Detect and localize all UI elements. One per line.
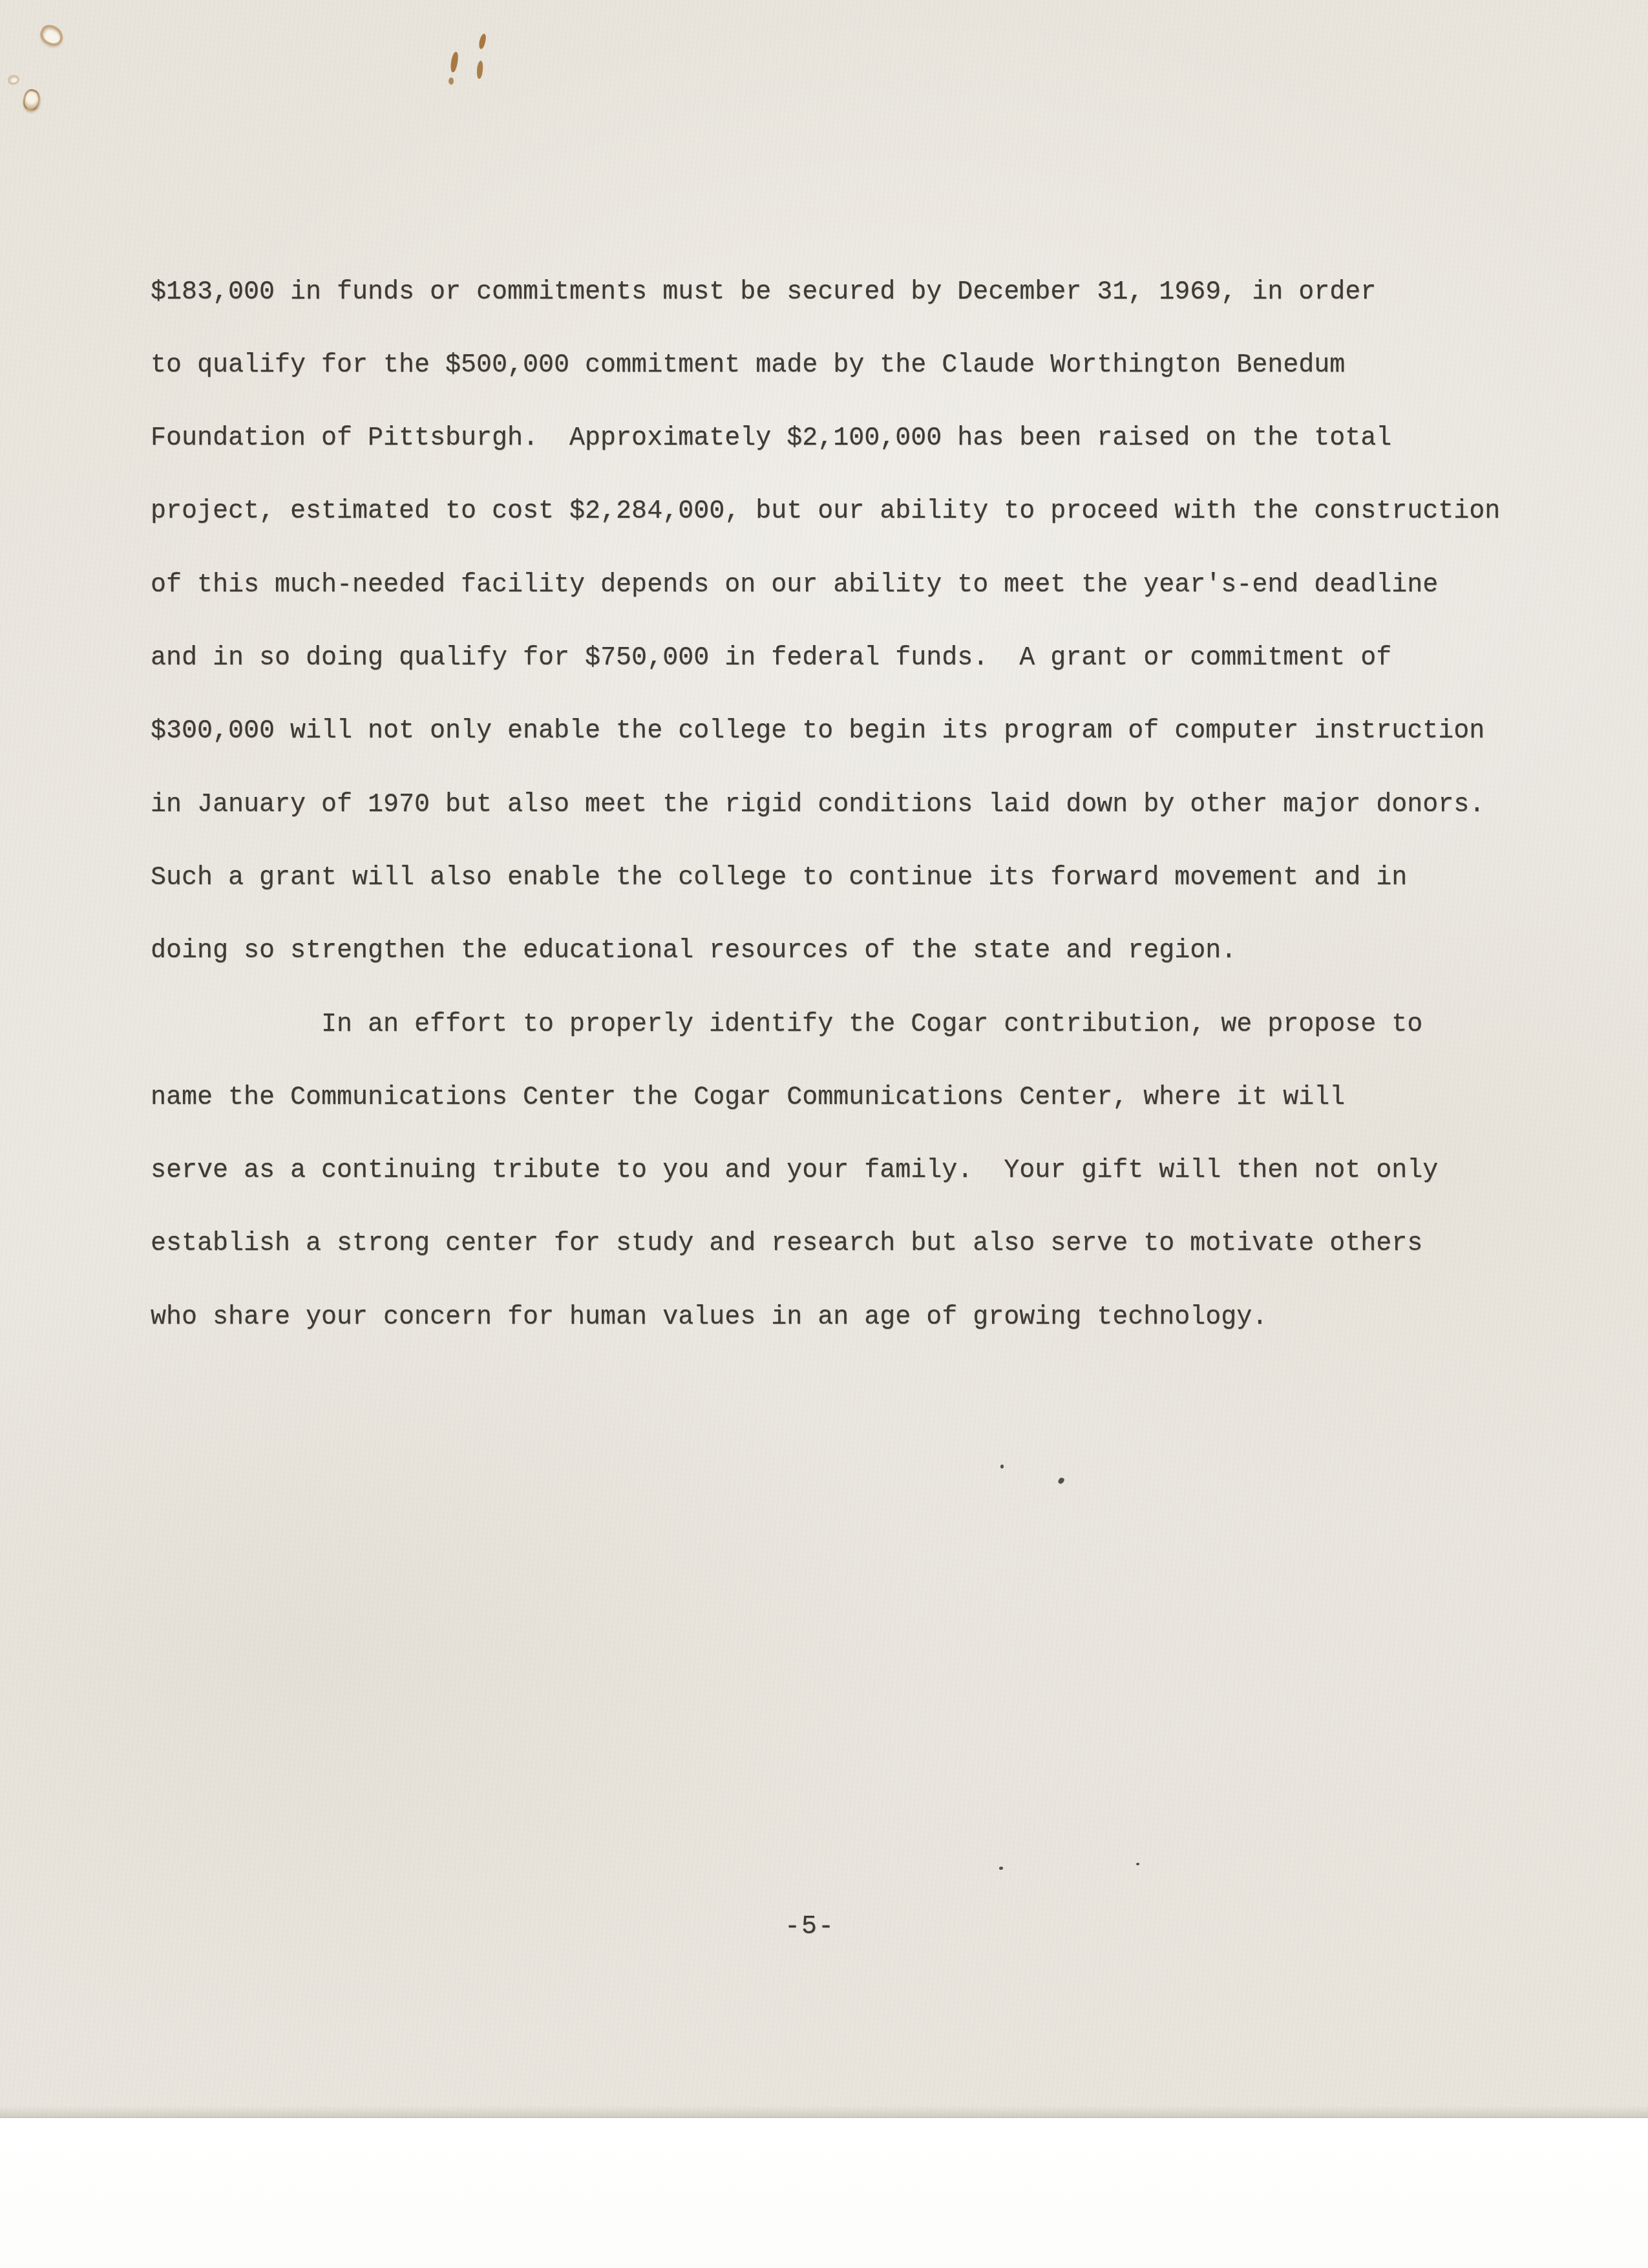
scanned-document: $183,000 in funds or commitments must be… <box>0 0 1648 2268</box>
text-line: $183,000 in funds or commitments must be… <box>151 256 1572 329</box>
text-line: $300,000 will not only enable the colleg… <box>151 695 1572 768</box>
text-line: establish a strong center for study and … <box>151 1207 1572 1280</box>
letter-body-lines: $183,000 in funds or commitments must be… <box>151 256 1572 1354</box>
text-line: project, estimated to cost $2,284,000, b… <box>151 475 1572 548</box>
text-line: Such a grant will also enable the colleg… <box>151 842 1572 915</box>
page-bottom-edge <box>0 2106 1648 2118</box>
text-line: and in so doing qualify for $750,000 in … <box>151 622 1572 695</box>
text-line: who share your concern for human values … <box>151 1281 1572 1354</box>
page-number: -5- <box>761 1891 858 1964</box>
text-line: In an effort to properly identify the Co… <box>151 988 1572 1061</box>
paper-sheet: $183,000 in funds or commitments must be… <box>0 0 1648 2118</box>
scanner-background <box>0 2118 1648 2268</box>
text-line: to qualify for the $500,000 commitment m… <box>151 329 1572 402</box>
text-line: doing so strengthen the educational reso… <box>151 915 1572 988</box>
text-line: name the Communications Center the Cogar… <box>151 1061 1572 1134</box>
text-line: in January of 1970 but also meet the rig… <box>151 768 1572 842</box>
text-line: Foundation of Pittsburgh. Approximately … <box>151 402 1572 475</box>
text-line: of this much-needed facility depends on … <box>151 549 1572 622</box>
letter-body: $183,000 in funds or commitments must be… <box>151 109 1572 1501</box>
text-line: serve as a continuing tribute to you and… <box>151 1134 1572 1207</box>
